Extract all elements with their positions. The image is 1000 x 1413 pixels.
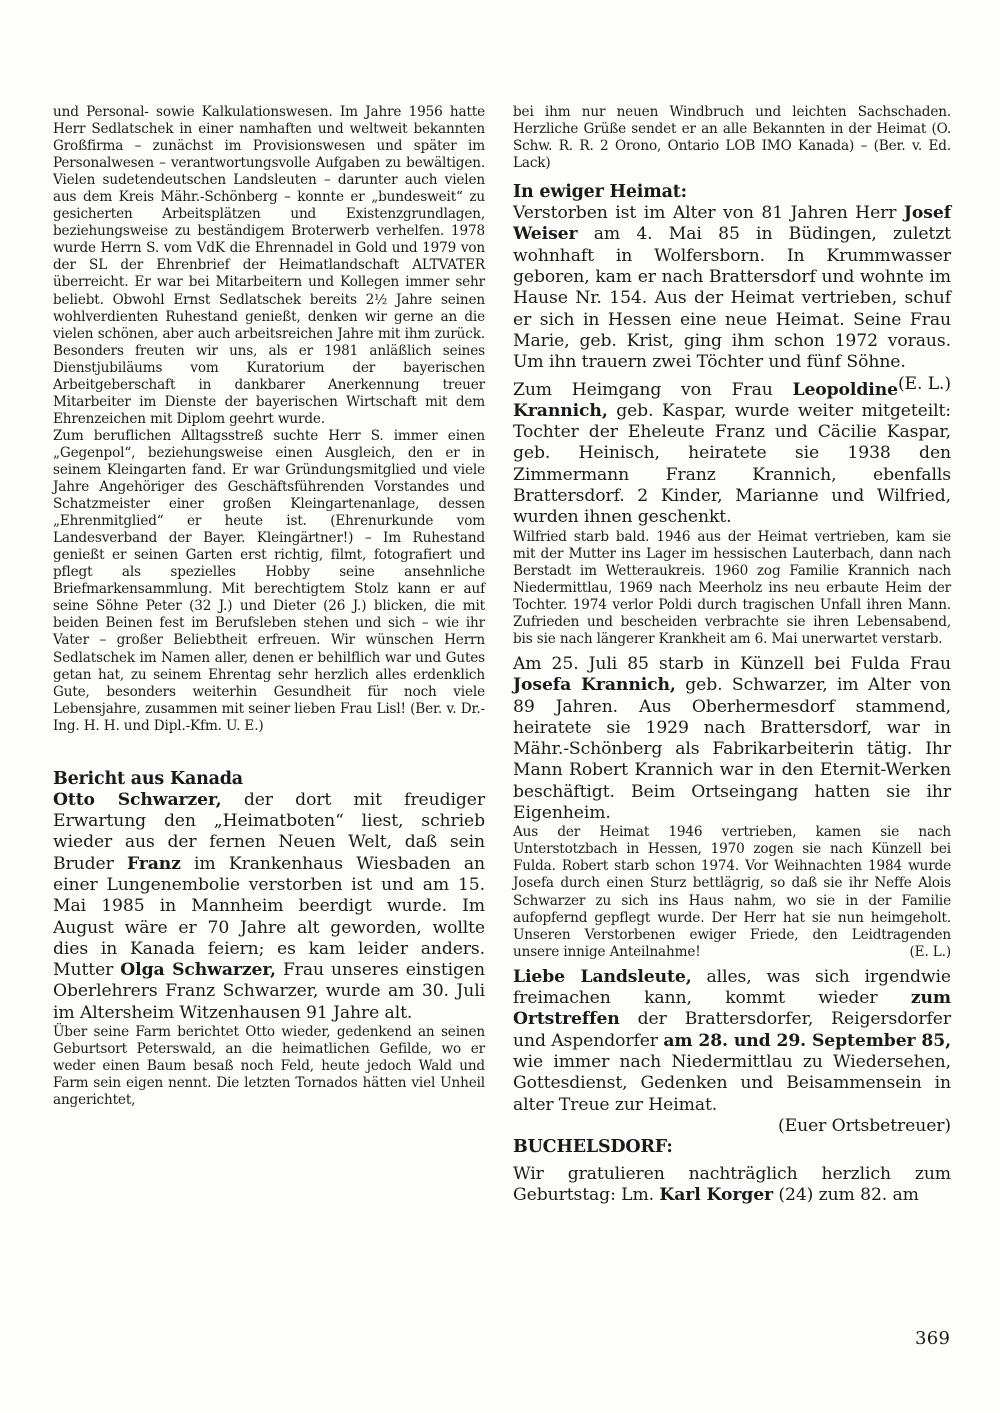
name-karl-korger: Karl Korger [659, 1185, 773, 1205]
text-segment: wie immer nach Niedermittlau zu Wiederse… [513, 1052, 951, 1115]
author-signature: (E. L.) [910, 944, 951, 961]
text-segment: am 4. Mai 85 in Büdingen, zuletzt wohnha… [513, 224, 951, 372]
josefa-krannich-obituary: Am 25. Juli 85 starb in Künzell bei Fuld… [513, 654, 951, 824]
leopoldine-krannich-details: Wilfried starb bald. 1946 aus der Heimat… [513, 529, 951, 648]
section-heading-kanada: Bericht aus Kanada [53, 769, 485, 790]
josef-weiser-obituary: Verstorben ist im Alter von 81 Jahren He… [513, 203, 951, 373]
text-segment: (24) zum 82. am [773, 1185, 919, 1205]
ortsbetreuer-signature: (Euer Ortsbetreuer) [513, 1116, 951, 1137]
bold-greeting: Liebe Landsleute, [513, 967, 692, 987]
josefa-krannich-details: Aus der Heimat 1946 vertrieben, kamen si… [513, 824, 951, 960]
bold-event-date: am 28. und 29. September 85, [663, 1031, 951, 1051]
page-number: 369 [915, 1328, 950, 1349]
buchelsdorf-birthday-paragraph: Wir gratulieren nachträglich herzlich zu… [513, 1164, 951, 1207]
name-josefa-krannich: Josefa Krannich, [513, 675, 676, 695]
section-spacer [53, 735, 485, 769]
right-column: bei ihm nur neuen Windbruch und leichten… [513, 104, 951, 1207]
farm-paragraph: Über seine Farm berichtet Otto wieder, g… [53, 1024, 485, 1109]
text-segment: Aus der Heimat 1946 vertrieben, kamen si… [513, 824, 951, 959]
left-column: und Personal- sowie Kalkulationswesen. I… [53, 104, 485, 1109]
name-franz: Franz [127, 854, 181, 874]
section-heading-buchelsdorf: BUCHELSDORF: [513, 1137, 951, 1158]
author-signature: (E. L.) [898, 374, 951, 395]
sedlatschek-career-paragraph: und Personal- sowie Kalkulationswesen. I… [53, 104, 485, 428]
text-segment: Am 25. Juli 85 starb in Künzell bei Fuld… [513, 654, 951, 674]
kanada-continued-paragraph: bei ihm nur neuen Windbruch und leichten… [513, 104, 951, 172]
text-segment: geb. Schwarzer, im Alter von 89 Jahren. … [513, 675, 951, 823]
section-heading-ewige-heimat: In ewiger Heimat: [513, 182, 951, 203]
ortstreffen-announcement: Liebe Landsleute, alles, was sich irgend… [513, 967, 951, 1137]
text-segment: Zum Heimgang von Frau [513, 380, 792, 400]
name-otto-schwarzer: Otto Schwarzer, [53, 790, 222, 810]
otto-schwarzer-paragraph: Otto Schwarzer, der dort mit freudiger E… [53, 790, 485, 1024]
name-olga-schwarzer: Olga Schwarzer, [120, 960, 276, 980]
sedlatschek-hobby-paragraph: Zum beruflichen Alltagsstreß suchte Herr… [53, 428, 485, 735]
section-spacer [513, 172, 951, 182]
leopoldine-krannich-obituary: Zum Heimgang von Frau Leopoldine Krannic… [513, 380, 951, 529]
text-segment: Verstorben ist im Alter von 81 Jahren He… [513, 203, 904, 223]
